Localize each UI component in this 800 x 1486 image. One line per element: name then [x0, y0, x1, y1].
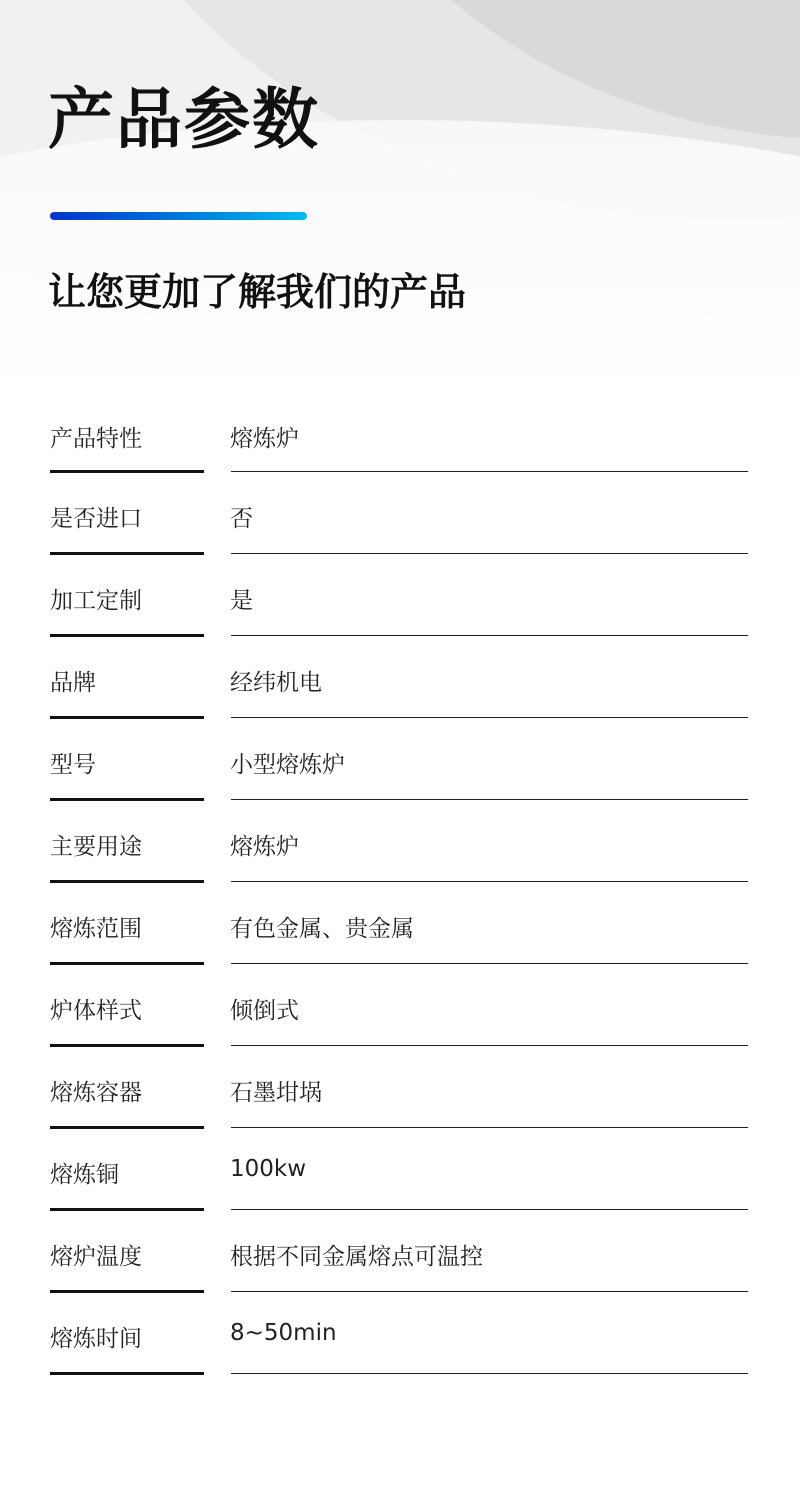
- spec-label: 熔炼时间: [50, 1320, 142, 1353]
- spec-row: 主要用途 熔炼炉: [0, 800, 800, 882]
- accent-bar: [50, 212, 307, 220]
- spec-label: 品牌: [50, 664, 96, 697]
- spec-value: 根据不同金属熔点可温控: [230, 1238, 483, 1271]
- spec-table: 产品特性 熔炼炉 是否进口 否 加工定制 是 品牌 经纬机电 型号 小型熔炼炉 …: [0, 390, 800, 1374]
- spec-value: 经纬机电: [230, 664, 322, 697]
- spec-value: 熔炼炉: [230, 828, 299, 861]
- spec-value: 石墨坩埚: [230, 1074, 322, 1107]
- spec-row: 品牌 经纬机电: [0, 636, 800, 718]
- spec-label: 熔炉温度: [50, 1238, 142, 1271]
- spec-value: 倾倒式: [230, 992, 299, 1025]
- spec-row: 熔炼容器 石墨坩埚: [0, 1046, 800, 1128]
- spec-row: 熔炼范围 有色金属、贵金属: [0, 882, 800, 964]
- spec-row: 是否进口 否: [0, 472, 800, 554]
- spec-row: 炉体样式 倾倒式: [0, 964, 800, 1046]
- spec-value: 否: [230, 500, 253, 533]
- spec-value: 小型熔炼炉: [230, 746, 345, 779]
- spec-label: 炉体样式: [50, 992, 142, 1025]
- spec-value: 100kw: [230, 1156, 306, 1182]
- spec-value: 是: [230, 582, 253, 615]
- spec-label: 是否进口: [50, 500, 142, 533]
- spec-row: 熔炉温度 根据不同金属熔点可温控: [0, 1210, 800, 1292]
- spec-label: 加工定制: [50, 582, 142, 615]
- page-subtitle: 让您更加了解我们的产品: [48, 270, 466, 316]
- spec-row: 加工定制 是: [0, 554, 800, 636]
- spec-label: 熔炼范围: [50, 910, 142, 943]
- spec-label: 产品特性: [50, 420, 142, 453]
- divider-thin: [231, 1373, 748, 1374]
- spec-value: 8~50min: [230, 1320, 337, 1346]
- spec-value: 有色金属、贵金属: [230, 910, 414, 943]
- background-fade: [0, 120, 800, 380]
- spec-label: 主要用途: [50, 828, 142, 861]
- spec-label: 型号: [50, 746, 96, 779]
- spec-label: 熔炼铜: [50, 1156, 119, 1189]
- spec-row: 型号 小型熔炼炉: [0, 718, 800, 800]
- page-title: 产品参数: [48, 84, 320, 157]
- spec-value: 熔炼炉: [230, 420, 299, 453]
- spec-label: 熔炼容器: [50, 1074, 142, 1107]
- spec-row: 产品特性 熔炼炉: [0, 390, 800, 472]
- hero-header: 产品参数 让您更加了解我们的产品: [0, 0, 800, 380]
- spec-row: 熔炼铜 100kw: [0, 1128, 800, 1210]
- spec-row: 熔炼时间 8~50min: [0, 1292, 800, 1374]
- divider-thick: [50, 1372, 204, 1375]
